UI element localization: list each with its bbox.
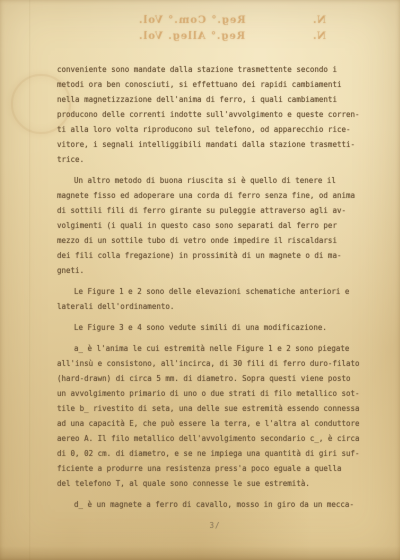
text-line: conveniente sono mandate dalla stazione …: [57, 62, 377, 77]
text-line: a̲ è l'anima le cui estremità nelle Figu…: [57, 341, 377, 356]
text-line: vitore, i segnali intelliggibili mandati…: [57, 137, 377, 152]
text-line: producono delle correnti indotte sull'av…: [57, 107, 377, 122]
text-line: gneti.: [57, 263, 377, 278]
text-line: ficiente a produrre una resistenza press…: [57, 461, 377, 476]
text-line: metodi ora ben conosciuti, si effettuano…: [57, 77, 377, 92]
text-line: di 0, 02 cm. di diametro, e se ne impieg…: [57, 446, 377, 461]
ghost-stamp-line: N.Reg.° Alleg. Vol.: [138, 29, 328, 45]
text-line: aereo A. Il filo metallico dell'avvolgim…: [57, 431, 377, 446]
ghost-stamp-text: N.Reg.° Com.° Vol.N.Reg.° Alleg. Vol.: [138, 13, 328, 45]
text-line: laterali dell'ordinamento.: [57, 299, 377, 314]
page-number: 3/: [57, 521, 373, 530]
text-line: magnete fisso ed adoperare una corda di …: [57, 188, 377, 203]
text-line: del telefono T, al quale sono connesse l…: [57, 476, 377, 491]
paragraph: Un altro metodo di buona riuscita si è q…: [57, 173, 377, 278]
ghost-stamp-number-label: N.: [312, 13, 328, 29]
text-line: mezzo di un sottile tubo di vetro onde i…: [57, 233, 377, 248]
text-line: trice.: [57, 152, 377, 167]
ghost-stamp-line: N.Reg.° Com.° Vol.: [138, 13, 328, 29]
text-line: d̲ è un magnete a ferro di cavallo, moss…: [57, 497, 377, 512]
text-line: Un altro metodo di buona riuscita si è q…: [57, 173, 377, 188]
paragraph: Le Figure 1 e 2 sono delle elevazioni sc…: [57, 284, 377, 314]
text-line: all'insù e consistono, all'incirca, di 3…: [57, 356, 377, 371]
paragraph: a̲ è l'anima le cui estremità nelle Figu…: [57, 341, 377, 491]
text-line: tile b̲ rivestito di seta, una delle sue…: [57, 401, 377, 416]
ghost-stamp-register-label: Reg.° Com.° Vol.: [138, 13, 246, 29]
paragraph: conveniente sono mandate dalla stazione …: [57, 62, 377, 167]
text-line: Le Figure 3 e 4 sono vedute simili di un…: [57, 320, 377, 335]
document-text: conveniente sono mandate dalla stazione …: [57, 62, 377, 518]
text-line: ad una capacità E, che può essere la ter…: [57, 416, 377, 431]
text-line: volgimenti (i quali in questo caso sono …: [57, 218, 377, 233]
text-line: Le Figure 1 e 2 sono delle elevazioni sc…: [57, 284, 377, 299]
ghost-stamp-number-label: N.: [312, 29, 328, 45]
text-line: un avvolgimento primario di uno o due st…: [57, 386, 377, 401]
text-line: ti alla loro volta riproducono sul telef…: [57, 122, 377, 137]
paper-bottom-edge-shadow: [0, 546, 400, 560]
scanned-paper-page: N.Reg.° Com.° Vol.N.Reg.° Alleg. Vol. co…: [0, 0, 400, 560]
paragraph: Le Figure 3 e 4 sono vedute simili di un…: [57, 320, 377, 335]
text-line: (hard-drawn) di circa 5 mm. di diametro.…: [57, 371, 377, 386]
paragraph: d̲ è un magnete a ferro di cavallo, moss…: [57, 497, 377, 512]
text-line: dei fili colla fregazione) in prossimità…: [57, 248, 377, 263]
text-line: di sottili fili di ferro girante su pule…: [57, 203, 377, 218]
text-line: nella magnetizzazione dell'anima di ferr…: [57, 92, 377, 107]
ghost-stamp-register-label: Reg.° Alleg. Vol.: [138, 29, 245, 45]
